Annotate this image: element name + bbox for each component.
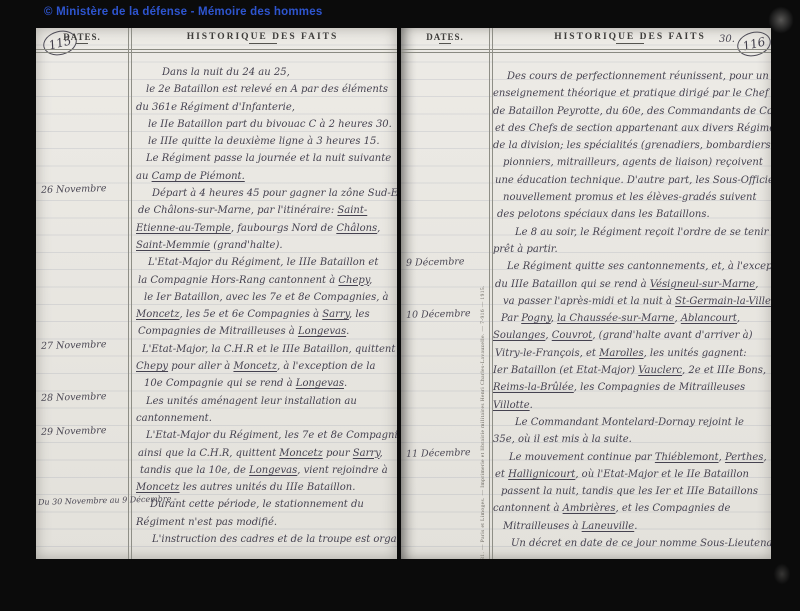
handwritten-line: cantonnement. [136, 410, 397, 427]
dates-column: 9 Décembre10 Décembre11 Décembre [401, 28, 493, 559]
site-header-bar: © Ministère de la défense - Mémoire des … [0, 0, 800, 26]
events-column-header: HISTORIQUE DES FAITS [128, 32, 397, 44]
handwritten-line: Vitry-le-François, et Marolles, les unit… [493, 345, 771, 362]
date-entry: 28 Novembre [41, 391, 107, 404]
handwritten-line: Par Pogny, la Chaussée-sur-Marne, Ablanc… [493, 310, 771, 327]
events-lines: Dans la nuit du 24 au 25,le 2e Bataillon… [136, 64, 397, 548]
handwritten-line: Moncetz les autres unités du IIIe Batail… [136, 479, 397, 496]
handwritten-line: L'Etat-Major du Régiment, le IIIe Batail… [136, 254, 397, 271]
handwritten-line: 10e Compagnie qui se rend à Longevas. [136, 375, 397, 392]
handwritten-line: nouvellement promus et les élèves-gradés… [493, 189, 771, 206]
handwritten-line: la Compagnie Hors-Rang cantonnent à Chep… [136, 272, 397, 289]
handwritten-line: des pelotons spéciaux dans les Bataillon… [493, 206, 771, 223]
handwritten-line: et Hallignicourt, où l'Etat-Major et le … [493, 466, 771, 483]
handwritten-line: Compagnies de Mitrailleuses à Longevas. [136, 323, 397, 340]
handwritten-line: L'instruction des cadres et de la troupe… [136, 531, 397, 548]
handwritten-line: Etienne-au-Temple, faubourgs Nord de Châ… [136, 220, 397, 237]
handwritten-line: Ier Bataillon (et Etat-Major) Vauclerc, … [493, 362, 771, 379]
events-header-label: HISTORIQUE DES FAITS [187, 32, 339, 42]
date-entry: 27 Novembre [41, 339, 107, 352]
page-right-scan[interactable]: 30. 116 DATES. HISTORIQUE DES FAITS 131.… [401, 28, 771, 559]
handwritten-line: Saint-Memmie (grand'halte). [136, 237, 397, 254]
handwritten-line: le Ier Bataillon, avec les 7e et 8e Comp… [136, 289, 397, 306]
handwritten-line: enseignement théorique et pratique dirig… [493, 85, 771, 102]
handwritten-line: L'Etat-Major du Régiment, les 7e et 8e C… [136, 427, 397, 444]
handwritten-line: une éducation technique. D'autre part, l… [493, 172, 771, 189]
handwritten-line: L'Etat-Major, la C.H.R et le IIIe Batail… [136, 341, 397, 358]
handwritten-line: passent la nuit, tandis que les Ier et I… [493, 483, 771, 500]
handwritten-line: de Châlons-sur-Marne, par l'itinéraire: … [136, 202, 397, 219]
handwritten-line: Le Régiment passe la journée et la nuit … [136, 150, 397, 167]
date-entry: 10 Décembre [406, 308, 471, 321]
page-left-scan[interactable]: 115 DATES. HISTORIQUE DES FAITS 26 Novem… [36, 28, 397, 559]
dates-column-separator [128, 28, 132, 559]
handwritten-line: Mitrailleuses à Laneuville. [493, 518, 771, 535]
handwritten-line: le IIIe quitte la deuxième ligne à 3 heu… [136, 133, 397, 150]
date-entry: 11 Décembre [406, 447, 471, 460]
handwritten-line: du IIIe Bataillon qui se rend à Vésigneu… [493, 276, 771, 293]
handwritten-line: Soulanges, Couvrot, (grand'halte avant d… [493, 327, 771, 344]
handwritten-line: Un décret en date de ce jour nomme Sous-… [493, 535, 771, 552]
events-lines: Des cours de perfectionnement réunissent… [493, 68, 771, 552]
handwritten-line: Moncetz, les 5e et 6e Compagnies à Sarry… [136, 306, 397, 323]
handwritten-line: va passer l'après-midi et la nuit à St-G… [493, 293, 771, 310]
handwritten-line: Dans la nuit du 24 au 25, [136, 64, 397, 81]
handwritten-line: Le mouvement continue par Thiéblemont, P… [493, 449, 771, 466]
handwritten-line: ainsi que la C.H.R, quittent Moncetz pou… [136, 445, 397, 462]
header-dash-rule [249, 43, 277, 44]
events-header-label: HISTORIQUE DES FAITS [554, 32, 706, 42]
handwritten-line: Des cours de perfectionnement réunissent… [493, 68, 771, 85]
handwritten-line: le IIe Bataillon part du bivouac C à 2 h… [136, 116, 397, 133]
handwritten-line: du 361e Régiment d'Infanterie, [136, 99, 397, 116]
handwritten-line: Le 8 au soir, le Régiment reçoit l'ordre… [493, 224, 771, 241]
date-entry: 9 Décembre [406, 257, 465, 270]
dates-column: 26 Novembre27 Novembre28 Novembre29 Nove… [36, 28, 128, 559]
handwritten-line: pionniers, mitrailleurs, agents de liais… [493, 154, 771, 171]
handwritten-line: 35e, où il est mis à la suite. [493, 431, 771, 448]
header-dash-rule [616, 43, 644, 44]
handwritten-line: cantonnent à Ambrières, et les Compagnie… [493, 500, 771, 517]
handwritten-line: de Bataillon Peyrotte, du 60e, des Comma… [493, 103, 771, 120]
handwritten-line: au Camp de Piémont. [136, 168, 397, 185]
handwritten-line: Le Commandant Montelard-Dornay rejoint l… [493, 414, 771, 431]
handwritten-line: de la division; les spécialités (grenadi… [493, 137, 771, 154]
handwritten-line: Villotte. [493, 397, 771, 414]
handwritten-line: le 2e Bataillon est relevé en A par des … [136, 81, 397, 98]
events-column-header: HISTORIQUE DES FAITS [489, 32, 771, 44]
copyright-text: © Ministère de la défense - Mémoire des … [44, 6, 322, 18]
handwritten-line: Régiment n'est pas modifié. [136, 514, 397, 531]
handwritten-line: tandis que la 10e, de Longevas, vient re… [136, 462, 397, 479]
handwritten-line: prêt à partir. [493, 241, 771, 258]
handwritten-line: Les unités aménagent leur installation a… [136, 393, 397, 410]
handwritten-line: Départ à 4 heures 45 pour gagner la zône… [136, 185, 397, 202]
handwritten-line: Le Régiment quitte ses cantonnements, et… [493, 258, 771, 275]
handwritten-line: Reims-la-Brûlée, les Compagnies de Mitra… [493, 379, 771, 396]
date-entry: 29 Novembre [41, 425, 107, 438]
film-artifact [770, 559, 794, 589]
handwritten-line: et des Chefs de section appartenant aux … [493, 120, 771, 137]
handwritten-line: Chepy pour aller à Moncetz, à l'exceptio… [136, 358, 397, 375]
date-entry: 26 Novembre [41, 183, 107, 196]
handwritten-line: Durant cette période, le stationnement d… [136, 496, 397, 513]
